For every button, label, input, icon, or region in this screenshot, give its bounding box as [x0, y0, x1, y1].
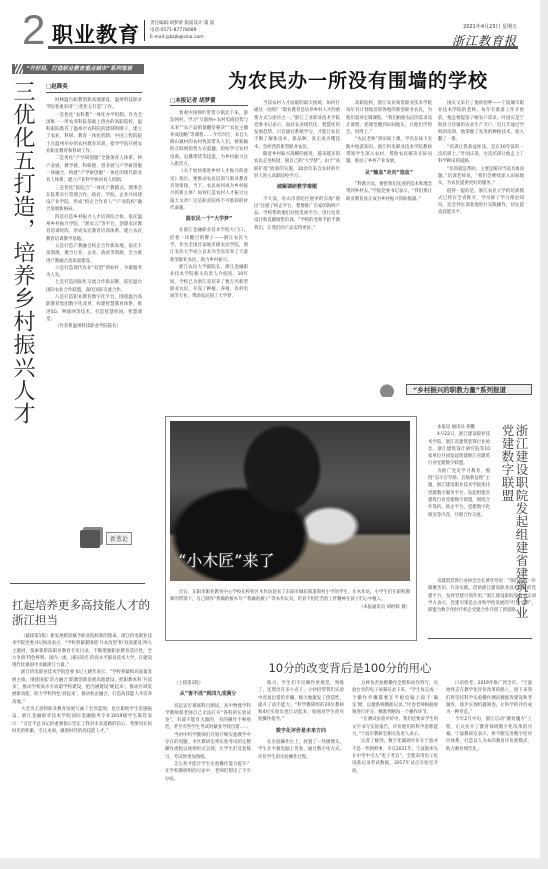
paragraph: 四是打造乡村振兴人才培训综合体。依托温州乡村振兴学院，“浙农云”等平台，创建农民… — [46, 214, 142, 243]
paragraph: 不久前，舟山市普陀区展茅的东海“渔民”注册了校企平台，想要推广自家的海鲜产品。学… — [254, 196, 340, 232]
paragraph: 口语机考，2019年推广到全市。“宁波始终走在教学化评价改革的路上，接下来我们将… — [446, 680, 532, 716]
newspaper-page: 2 职业教育 责任编辑:胡梦蕾 版面设计:董 波 电话:0571-8777808… — [0, 0, 540, 858]
series-banner-2-label: “乡村振兴的职教力量”系列报道 — [406, 384, 532, 395]
bottom-article-column-2: 练习，学生们不仅操作更规范，熟练了，还想出许多小点子，小妙招帮我们实验中容易出错… — [258, 680, 344, 858]
paragraph: 七是打造国际化交流合作新品牌，依托温台国际农业合作联盟，深化国际交流合作。 — [46, 279, 142, 294]
main-article-byline: □本报记者 胡梦蕾 — [170, 96, 216, 104]
bottom-article-column-4: 口语机考，2019年推广到全市。“宁波始终走在教学化评价改革的路上，接下来我们将… — [446, 680, 532, 858]
phone-line: 电话:0571-87778089 — [150, 27, 214, 34]
divider — [428, 638, 532, 639]
photo-credit: （本报通讯员 胡经辉 摄） — [170, 604, 410, 611]
paragraph: 今年2月中旬，浙江启动“教育魔方”工程，正式拉开了教育领域数字化改革的序幕。宁波… — [446, 716, 532, 752]
left-article-body: 时林温台职教创新高地建设，温州科技职业学院着重采用“三优化五打造”工作。 一是优… — [46, 97, 142, 537]
main-article-column-3: 高职院校，浙江农业商贸职业技术学院每年有计划地培训各地的新型职业农民，为他们量身… — [346, 100, 432, 400]
paragraph: 说起去年那场科目测试，高中物理学科学教师蔡老师自己无法打开“各科的实验试卷”，有… — [165, 703, 251, 732]
paragraph: “培训让我获益匪浅，是在10年前的一次培训上。”叶国庆说，这次培训让他走上了科学… — [438, 144, 524, 166]
paragraph: 大会为王羽的职业教育发展写画了宏伟蓝图，也让职校学生倍感振奋。浙江金融职业技术学… — [12, 706, 152, 735]
bottom-article-column-3: 分钟负责拍摄操作全程和动作特写，实验台旁的电子屏幕记录下来。“学生每完成一个操作… — [352, 680, 438, 858]
paragraph: （上接第1版） — [165, 680, 251, 687]
paragraph: “农民老师”到田间上课，学员在线下实践中收获知识。浙江机电职业技术学院教师带领学… — [346, 136, 432, 165]
paragraph: 在浙江金融职业技术学院大门口，挂着一块醒目的牌子——浙江农民大学。作为全国首家地… — [170, 227, 248, 263]
divider — [170, 105, 248, 106]
left-article-2-body: （紧接第1版）新发展阶段赋予职业院校新的使命。浙江机电职业技术学院党委书记杨彦表… — [12, 633, 152, 853]
paragraph: 三是优化“院院合”一体化产教模式。理事会在院系实行管理合作，政府、学院、企业共同… — [46, 185, 142, 214]
paragraph: 4月22日，浙江建设职业技术学院、浙江省建筑装饰行业协会、浙江建筑设计研究院等1… — [428, 431, 490, 467]
photo-title: “小木匠”来了 — [178, 548, 274, 571]
author-note: （作者系温州科技职业学院院长） — [46, 323, 142, 330]
bottom-article-column-1: （上接第1版） 从“害不成”到四九成满分 说起去年那场科目测试，高中物理学科学教… — [165, 680, 251, 858]
paragraph: 值得一提的是，浙江农民大学的培训模式已经在全省推开，学员除了学习理论知识，还会到… — [438, 188, 524, 217]
scrollbar[interactable] — [540, 0, 548, 869]
main-article-column-1: 参观中国网红带货小镇北下朱，游览网村，学习“互联网+农村电商趋势与未来”“农产品… — [170, 110, 248, 390]
paragraph: 时林温台职教创新高地建设，温州科技职业学院着重采用“三优化五打造”工作。 — [46, 97, 142, 112]
main-article-column-2: 当前农村人才面临的最大困境，如何打破这一困境？“职业教育是培养乡村人才的重要方式… — [254, 100, 340, 390]
paragraph: 浙江机电职业技术学院党委书记王晓芳表示，“学校将紧抓高质量发展主线，围绕国家‘活… — [12, 669, 152, 705]
paragraph: 六是打造现代农业“双创”新标杆，争做服务为人先。 — [46, 265, 142, 280]
issue-date: 2021年4月23日 星期五 — [463, 23, 517, 30]
paragraph: 当前农村人才面临的最大困境，如何打破这一困境？“职业教育是培养乡村人才的重要方式… — [254, 100, 340, 151]
paragraph: 在实验操作台上，放置了一块摄像头，学生在平板电脑上答卷，通过数字化方式，评价学生… — [258, 739, 344, 761]
paragraph: 练习，学生们不仅操作更规范，熟练了，还想出许多小点子，小妙招帮我们实验中容易出错… — [258, 680, 344, 724]
caption-text: 近日，东阳市职业教育中心学校东校校区木作坊迎来了东阳市城东街道斯村小学的学生。在… — [170, 589, 410, 604]
subheading: 数字化评价是未来方向 — [258, 728, 344, 735]
subheading: 破解调研教学难题 — [254, 184, 340, 191]
series-banner: “开好局，打造职业教育重点城市”系列笔谈 — [12, 64, 144, 74]
photo-feature: “小木匠”来了 近日，东阳市职业教育中心学校东校校区木作坊迎来了东阳市城东街道斯… — [165, 416, 417, 641]
paragraph: 二是优化“产学研创服”全链条育人体系。将产业链、教学链、科研链、创业链与产学研创… — [46, 155, 142, 184]
photo-child-woodworking[interactable]: “小木匠”来了 — [170, 421, 410, 581]
paragraph: “在测试实验评价中，我们还要求学生用文字书写实验报告，评价他们的科学思维能力。”… — [352, 716, 438, 738]
paragraph: 《关于加快推进乡村人才振兴的意见》指出，要推动农民培训与职业教育有效衔接，当下，… — [170, 168, 248, 212]
byline: 本报讯 通讯员 胡鹏 — [428, 424, 490, 431]
paragraph: 记者了解到，数字化辅助评价在宁波并不是一件新鲜事，早在2011年，宁波就率先在中… — [352, 738, 438, 774]
subheading: 从“输血”走向“造血” — [346, 170, 432, 177]
editor-info: 责任编辑:胡梦蕾 版面设计:董 波 电话:0571-87778089 E-mai… — [144, 20, 214, 41]
paragraph: 分钟负责拍摄操作全程和动作特写，实验台旁的电子屏幕记录下来。“学生每完成一个操作… — [352, 680, 438, 716]
paragraph: 怎么样才能让学生实验操作能力提升？在学校教研组的讨论中，老师们想出了不少办法。 — [165, 761, 251, 783]
main-article-column-4: 国庆又来打了他的招呼——宁波城市职业技术学院的老师，每年有准备工作开始前，他总要… — [438, 100, 524, 330]
paragraph: 五是打造产教融合校企合作新高地。依托丰富资源，聚合行业、企业、政府等资源，全力推… — [46, 243, 142, 265]
divider — [10, 583, 145, 584]
divider — [46, 92, 142, 93]
bottom-article-headline[interactable]: 10分的改变背后是100分的用心 — [165, 660, 535, 676]
paragraph: （紧接第1版）新发展阶段赋予职业院校新的使命。浙江机电职业技术学院党委书记杨彦表… — [12, 633, 152, 669]
paragraph: 浙江农民大学副院长、浙江金融职业技术学院相关负责人介绍说，10年间，学校已为浙江… — [170, 264, 248, 300]
left-article-2-headline[interactable]: 扛起培养更多高技能人才的浙江担当 — [12, 598, 152, 628]
photo-caption: 近日，东阳市职业教育中心学校东校校区木作坊迎来了东阳市城东街道斯村小学的学生。在… — [170, 589, 410, 611]
comment-icon — [80, 530, 100, 548]
paragraph: 当初中科学教师们开始仔细实验教学中存在的问题，市区教研室将实验考试的完整操作流程… — [165, 732, 251, 761]
masthead: 2 职业教育 责任编辑:胡梦蕾 版面设计:董 波 电话:0571-8777808… — [20, 8, 525, 48]
editor-line: 责任编辑:胡梦蕾 版面设计:董 波 — [150, 20, 214, 27]
subheading: 从“害不成”到四九成满分 — [165, 691, 251, 698]
paragraph: “培训就是帮助，主要是解决当前具体问题。”培训老师说，“我们会继续深入田间地头，… — [438, 166, 524, 188]
paragraph: 国庆又来打了他的招呼——宁波城市职业技术学院的老师，每年有准备工作开始前，他总要… — [438, 100, 524, 144]
paragraph: 八是打造职业教育数字化平台，围绕温台高职教育集团数字化改革，构建智慧教育体系，推… — [46, 294, 142, 323]
left-article-byline: □赵降英 — [46, 82, 68, 90]
section-title: 职业教育 — [52, 22, 140, 48]
page-number: 2 — [22, 10, 45, 50]
paragraph: 随着乡村振兴战略的推进，越来越多的农民走进校园，圆自己的“大学梦”。由于“高职扩… — [254, 151, 340, 180]
subheading: 圆农民一个“大学梦” — [170, 216, 248, 223]
paragraph: 省建筑装饰行业协会会长黄华琴说：“我们将进一步凝聚共识、行动实践，借助浙江建设职… — [428, 578, 536, 614]
paragraph: “科教兴农，要把我们先进的技术和理念带到乡村去。”学院党委书记表示，“我们要让职… — [346, 181, 432, 203]
paragraph: 一是优化“农科教”一体化办学机制。作为全国唯一一所农业科院基础上创办的高职院校，… — [46, 112, 142, 156]
right-article-body: 本报讯 通讯员 胡鹏 4月22日，浙江建设职业技术学院、浙江省建筑装饰行业协会、… — [428, 424, 490, 574]
paragraph: 高职院校，浙江农业商贸职业技术学院每年有计划地培训各地的新型职业农民，为他们量身… — [346, 100, 432, 136]
comment-badge: 新葱论 — [106, 532, 132, 545]
series-banner-2: “乡村振兴的职教力量”系列报道 — [372, 383, 532, 397]
paragraph: 参观中国网红带货小镇北下朱，游览网村，学习“互联网+农村电商趋势与未来”“农产品… — [170, 110, 248, 168]
masthead-rule — [48, 46, 518, 49]
paragraph: 为推广党史学习教育，围绕“奋斗百年路，启航新征程”主题，浙江建设职业技术学院依托… — [428, 468, 490, 519]
email-line: E-mail:jybzjb@sina.com — [150, 34, 214, 41]
left-article-headline[interactable]: 三优化五打造，培养乡村振兴人才 — [8, 80, 34, 425]
main-article-headline[interactable]: 为农民办一所没有围墙的学校 — [178, 66, 538, 93]
series-banner-icon — [372, 383, 402, 397]
